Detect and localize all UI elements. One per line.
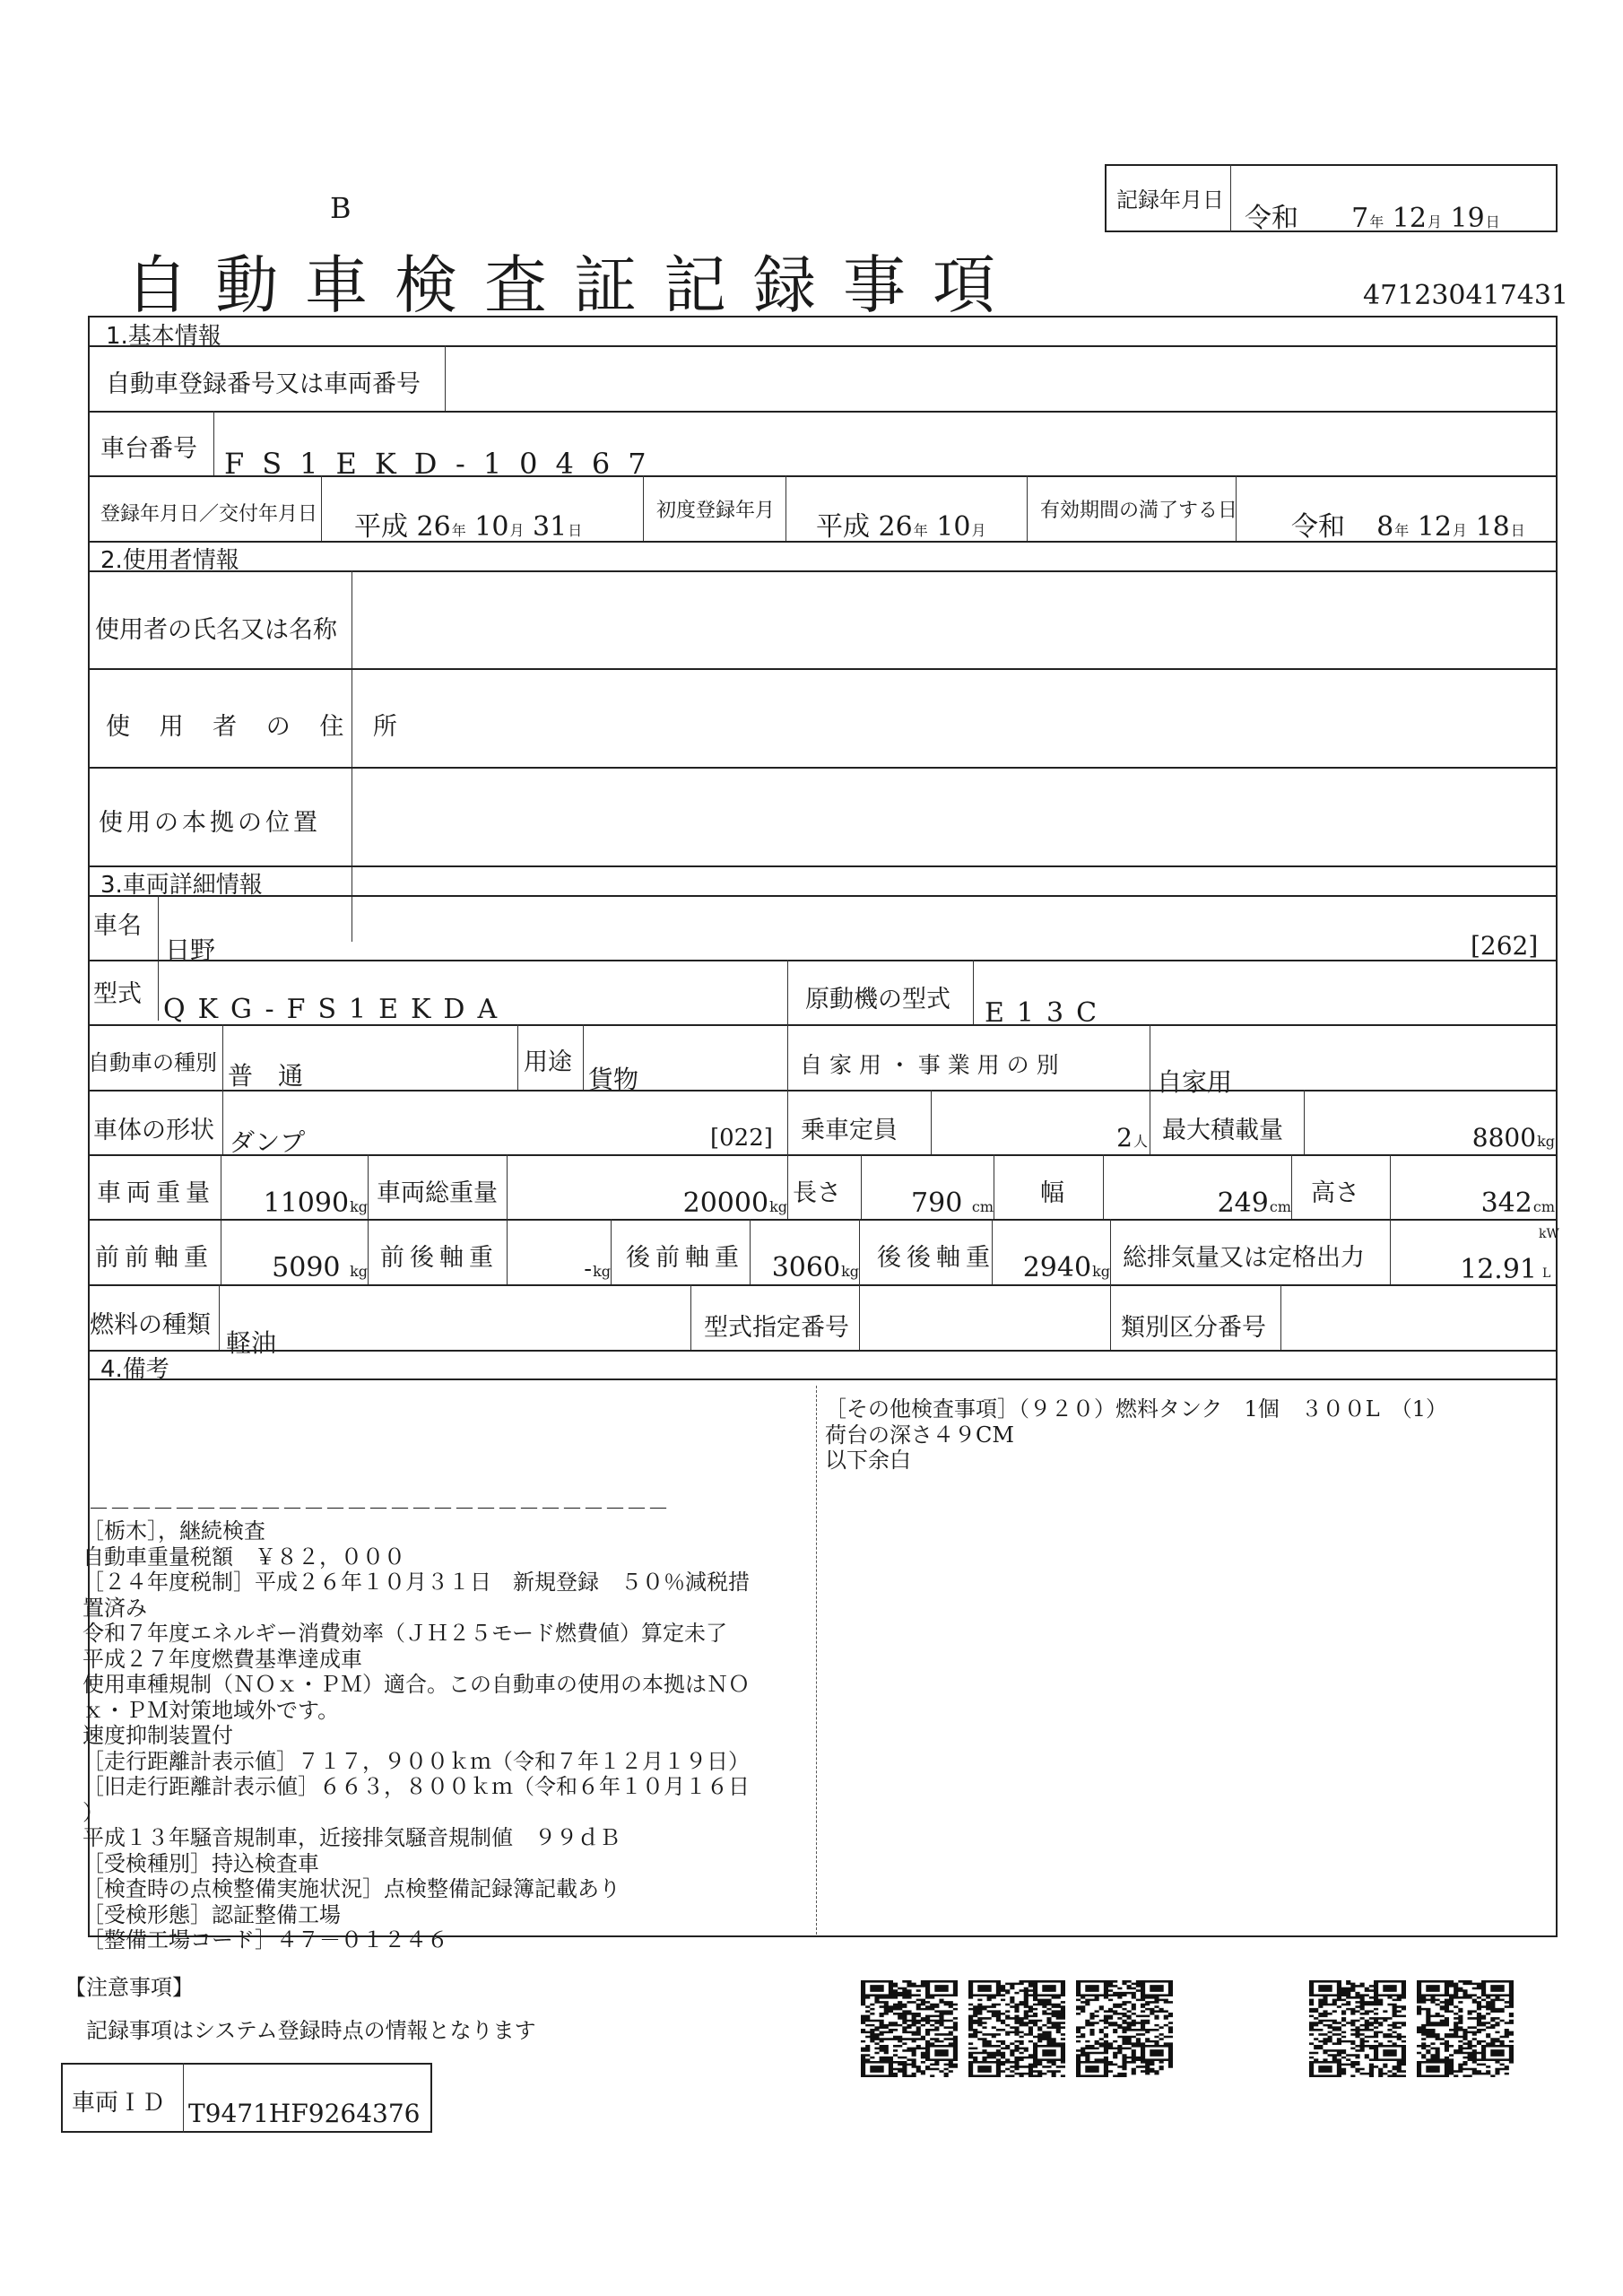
month-unit: 月: [971, 522, 985, 539]
displacement-unit-kw: kW: [1539, 1227, 1559, 1241]
make-value: 日野: [165, 931, 215, 967]
vehicle-class-label: 自動車の種別: [88, 1045, 217, 1076]
vehicle-weight-number: 11090: [264, 1187, 349, 1219]
type-designation-label: 型式指定番号: [704, 1308, 849, 1343]
capacity-unit: 人: [1133, 1133, 1148, 1150]
cm-unit: cm: [1533, 1198, 1555, 1215]
document-number: 471230417431: [1363, 280, 1568, 311]
remark-line: 以下余白: [825, 1448, 1447, 1474]
capacity-label: 乗車定員: [801, 1110, 898, 1145]
remarks-left: ［栃木］，継続検査自動車重量税額 ￥８２，０００［２４年度税制］平成２６年１０月…: [82, 1518, 750, 1953]
height-label: 高さ: [1311, 1173, 1359, 1208]
month-unit: 月: [509, 522, 524, 539]
rf-axle-value: 3060kg: [750, 1252, 859, 1283]
rf-axle-number: 3060: [772, 1252, 840, 1283]
ff-axle-label: 前前軸重: [95, 1238, 213, 1273]
displacement-unit-l: L: [1542, 1266, 1550, 1281]
first-registration-value: 平成 26年 10月: [816, 504, 986, 544]
notice-text: 記録事項はシステム登録時点の情報となります: [86, 2013, 536, 2044]
max-load-value: 8800kg: [1304, 1123, 1555, 1152]
form-letter: B: [330, 191, 352, 225]
height-value: 342cm: [1390, 1187, 1555, 1219]
width-value: 249cm: [1103, 1187, 1291, 1219]
displacement-label: 総排気量又は定格出力: [1123, 1238, 1365, 1273]
registration-date-label: 登録年月日／交付年月日: [100, 499, 317, 526]
max-load-label: 最大積載量: [1162, 1110, 1283, 1145]
month: 10: [474, 511, 508, 543]
remark-line: ［２４年度税制］平成２６年１０月３１日 新規登録 ５０％減税措: [82, 1570, 750, 1596]
width-label: 幅: [1040, 1173, 1064, 1208]
qr-code-icon: [1417, 2029, 1514, 2077]
usage-label: 用途: [524, 1042, 572, 1077]
day: 31: [533, 511, 567, 543]
max-load-number: 8800: [1472, 1123, 1536, 1152]
month: 12: [1393, 203, 1427, 234]
user-name-label: 使用者の氏名又は名称: [95, 610, 337, 645]
remark-line: 平成１３年騒音規制車，近接排気騒音規制値 ９９ｄＢ: [82, 1825, 750, 1851]
vehicle-weight-value: 11090kg: [221, 1187, 368, 1219]
qr-code-icon: [861, 2029, 958, 2077]
length-number: 790: [911, 1187, 962, 1219]
base-location-label: 使用の本拠の位置: [99, 803, 321, 838]
qr-code-icon: [968, 2029, 1065, 2077]
vehicle-class-value: 普 通: [228, 1057, 303, 1092]
remark-line: ［その他検査事項］（９２０）燃料タンク 1個 ３００L （1）: [825, 1396, 1447, 1422]
qr-code-icon: [1076, 2029, 1173, 2077]
year: 26: [879, 511, 913, 543]
make-label: 車名: [93, 906, 142, 941]
month: 12: [1418, 511, 1452, 543]
qr-code-icon: [968, 1980, 1065, 2029]
remark-line: 令和７年度エネルギー消費効率（ＪＨ２５モード燃費値）算定未了: [82, 1621, 750, 1647]
model-value: QKG-FS1EKDA: [163, 994, 509, 1025]
gross-weight-number: 20000: [683, 1187, 768, 1219]
qr-code-icon: [1309, 2029, 1406, 2077]
year-unit: 年: [914, 522, 928, 539]
remark-line: 自動車重量税額 ￥８２，０００: [82, 1544, 750, 1570]
remark-line: 荷台の深さ４９CM: [825, 1422, 1447, 1448]
day-unit: 日: [568, 522, 582, 539]
height-number: 342: [1481, 1187, 1532, 1219]
kg-unit: kg: [350, 1263, 368, 1280]
remark-line: 速度抑制装置付: [82, 1723, 750, 1749]
registration-date-value: 平成 26年 10月 31日: [354, 504, 582, 544]
kg-unit: kg: [841, 1263, 859, 1280]
vehicle-id-label: 車両ＩＤ: [72, 2084, 165, 2118]
fuel-value: 軽油: [226, 1324, 276, 1360]
era: 平成: [816, 511, 870, 543]
remark-line: ）: [82, 1800, 750, 1826]
fr-axle-label: 前後軸重: [380, 1238, 499, 1273]
record-date-label: 記録年月日: [1116, 182, 1224, 213]
capacity-value: 2人: [931, 1123, 1148, 1152]
remark-line: ［受検種別］持込検査車: [82, 1851, 750, 1877]
remark-line: 平成２７年度燃費基準達成車: [82, 1647, 750, 1673]
remark-line: 使用車種規制（ＮＯｘ・ＰＭ）適合。この自動車の使用の本拠はＮＯ: [82, 1672, 750, 1698]
make-code: [262]: [1471, 931, 1538, 961]
user-address-label: 使 用 者 の 住 所: [106, 707, 408, 742]
body-shape-value: ダンプ: [230, 1123, 305, 1159]
record-date-value: 令和 7年 12月 19日: [1245, 196, 1500, 235]
cm-unit: cm: [1270, 1198, 1291, 1215]
remark-line: 置済み: [82, 1596, 750, 1622]
vehicle-weight-label: 車両重量: [97, 1173, 215, 1208]
kg-unit: kg: [1537, 1133, 1555, 1150]
remark-line: ［検査時の点検整備実施状況］点検整備記録簿記載あり: [82, 1876, 750, 1902]
body-shape-code: [022]: [710, 1125, 773, 1152]
body-shape-label: 車体の形状: [93, 1110, 214, 1145]
qr-code-icon: [861, 1980, 958, 2029]
year: 7: [1351, 203, 1368, 234]
category-number-label: 類別区分番号: [1121, 1308, 1266, 1343]
length-value: 790 cm: [861, 1187, 994, 1219]
remark-line: ［栃木］，継続検査: [82, 1518, 750, 1544]
fuel-label: 燃料の種類: [90, 1305, 211, 1340]
expiry-label: 有効期間の満了する日: [1040, 495, 1237, 523]
document-title: 自動車検査証記録事項: [126, 235, 1022, 326]
length-label: 長さ: [793, 1173, 841, 1208]
year-unit: 年: [1369, 213, 1384, 230]
kg-unit: kg: [769, 1198, 787, 1215]
remark-line: ｘ・ＰＭ対策地域外です。: [82, 1698, 750, 1724]
day-unit: 日: [1486, 213, 1500, 230]
qr-code-icon: [1417, 1980, 1514, 2029]
expiry-date-value: 令和 8年 12月 18日: [1291, 504, 1525, 544]
year: 8: [1376, 511, 1393, 543]
year: 26: [417, 511, 451, 543]
year-unit: 年: [1394, 522, 1409, 539]
rr-axle-value: 2940kg: [992, 1252, 1110, 1283]
qr-code-icon: [1076, 1980, 1173, 2029]
private-business-label: 自 家 用 ・ 事 業 用 の 別: [800, 1048, 1059, 1080]
displacement-value: 12.91: [1390, 1254, 1537, 1285]
remarks-column-divider: [816, 1386, 817, 1935]
month-unit: 月: [1428, 213, 1442, 230]
month-unit: 月: [1453, 522, 1467, 539]
kg-unit: kg: [593, 1263, 611, 1280]
gross-weight-value: 20000kg: [507, 1187, 787, 1219]
day: 19: [1451, 203, 1485, 234]
vehicle-id-value: T9471HF9264376: [188, 2099, 420, 2128]
day-unit: 日: [1511, 522, 1525, 539]
remark-line: ［走行距離計表示値］７１７，９００ｋｍ（令和７年１２月１９日）: [82, 1749, 750, 1775]
remarks-right: ［その他検査事項］（９２０）燃料タンク 1個 ３００L （1）荷台の深さ４９CM…: [825, 1396, 1447, 1474]
remark-line: ［整備工場コード］４７－０１２４６: [82, 1927, 750, 1953]
remark-line: ［受検形態］認証整備工場: [82, 1902, 750, 1928]
registration-number-label: 自動車登録番号又は車両番号: [106, 364, 421, 399]
fr-axle-number: -: [584, 1256, 592, 1283]
capacity-number: 2: [1116, 1123, 1133, 1152]
engine-model-label: 原動機の型式: [805, 979, 950, 1014]
remark-line: ［旧走行距離計表示値］６６３，８００ｋｍ（令和６年１０月１６日: [82, 1774, 750, 1800]
year-unit: 年: [452, 522, 466, 539]
kg-unit: kg: [350, 1198, 368, 1215]
gross-weight-label: 車両総重量: [377, 1173, 498, 1208]
chassis-number-label: 車台番号: [100, 429, 197, 464]
qr-code-icon: [1309, 1980, 1406, 2029]
notice-heading: 【注意事項】: [65, 1970, 194, 2001]
rr-axle-number: 2940: [1023, 1252, 1091, 1283]
era: 平成: [354, 511, 408, 543]
kg-unit: kg: [1092, 1263, 1110, 1280]
width-number: 249: [1218, 1187, 1269, 1219]
era: 令和: [1245, 203, 1298, 234]
month: 10: [936, 511, 970, 543]
private-business-value: 自家用: [1157, 1063, 1232, 1099]
ff-axle-value: 5090 kg: [221, 1252, 368, 1283]
ff-axle-number: 5090: [272, 1252, 340, 1283]
cm-unit: cm: [972, 1198, 994, 1215]
first-registration-label: 初度登録年月: [656, 495, 775, 523]
era: 令和: [1291, 511, 1345, 543]
rf-axle-label: 後前軸重: [626, 1238, 744, 1273]
model-label: 型式: [93, 974, 142, 1009]
day: 18: [1476, 511, 1510, 543]
rr-axle-label: 後後軸重: [877, 1238, 995, 1273]
fr-axle-value: -kg: [507, 1256, 611, 1283]
